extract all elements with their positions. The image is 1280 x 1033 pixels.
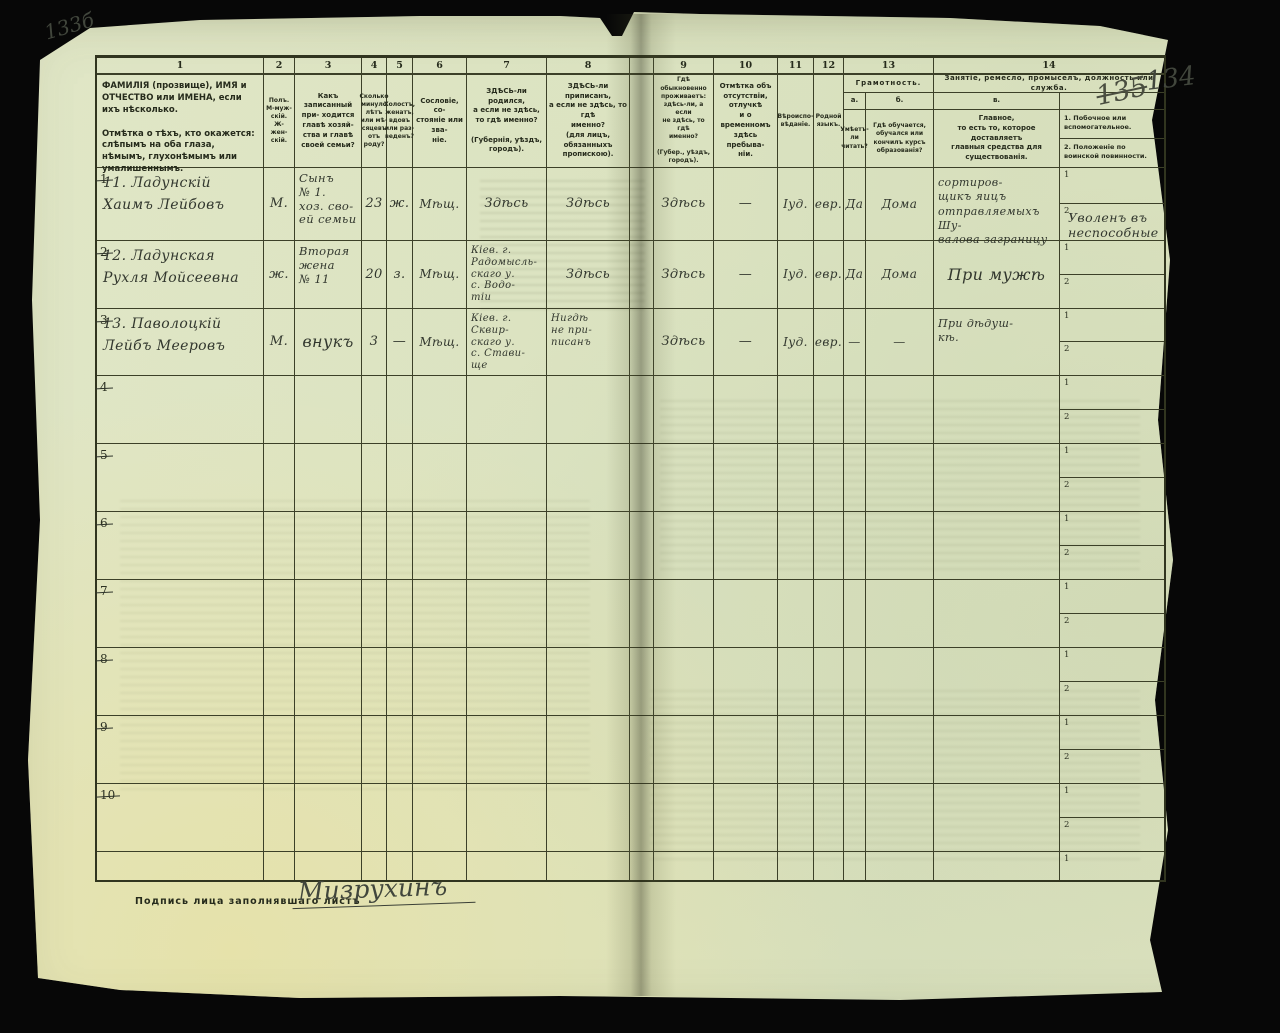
side-sub-label: 1 xyxy=(1064,854,1069,864)
name-cell: 313. Паволоцкій Лейбъ Мееровъ xyxy=(97,309,264,376)
resides-cell xyxy=(654,512,714,580)
marital-entry: з. xyxy=(387,241,412,308)
name-cell: 10 xyxy=(97,784,264,852)
column-number: 14 xyxy=(934,58,1164,75)
born-cell: Здѣсь xyxy=(467,168,547,241)
gutter-cell xyxy=(630,648,654,716)
gutter-cell xyxy=(630,444,654,512)
column-number: 8 xyxy=(547,58,630,75)
column-number: 13 xyxy=(844,58,934,75)
religion-cell xyxy=(778,512,814,580)
column-number: 7 xyxy=(467,58,547,75)
side-half: 2Уволенъ въ неспособные xyxy=(1060,204,1164,240)
studied-entry: Дома xyxy=(866,168,933,240)
age-cell xyxy=(362,648,387,716)
occupation-cell xyxy=(934,580,1060,648)
side-half: 1 xyxy=(1060,309,1164,342)
reads-cell xyxy=(844,376,866,444)
reads-entry: Да xyxy=(844,241,865,308)
religion-cell: Іуд. xyxy=(778,168,814,241)
absence-cell: — xyxy=(714,241,778,309)
printed-row-number: 3 xyxy=(100,313,108,327)
reads-cell: — xyxy=(844,309,866,376)
language-cell xyxy=(814,648,844,716)
age-cell xyxy=(362,580,387,648)
reads-cell xyxy=(844,580,866,648)
col2-header: Полъ. М-муж- скій. Ж-жен- скій. xyxy=(264,75,295,168)
gutter-header xyxy=(630,75,654,168)
side-half: 1 xyxy=(1060,716,1164,750)
reads-cell xyxy=(844,512,866,580)
language-entry: евр. xyxy=(814,168,843,240)
printed-row-number: 2 xyxy=(100,245,108,259)
printed-row-number: 8 xyxy=(100,652,108,666)
reads-entry: Да xyxy=(844,168,865,240)
occupation-cell: При дѣдуш- кѣ. xyxy=(934,309,1060,376)
religion-entry: Іуд. xyxy=(778,168,813,240)
side-half: 1 xyxy=(1060,376,1164,410)
relation-cell xyxy=(295,580,362,648)
occupation-cell xyxy=(934,852,1060,880)
printed-row-number: 6 xyxy=(100,516,108,530)
born-cell xyxy=(467,784,547,852)
absence-cell xyxy=(714,376,778,444)
marital-cell xyxy=(387,444,413,512)
registered-cell xyxy=(547,444,630,512)
col1-header: ФАМИЛІЯ (прозвище), ИМЯ и ОТЧЕСТВО или И… xyxy=(97,75,264,168)
column-number: 6 xyxy=(413,58,467,75)
reads-cell xyxy=(844,852,866,880)
sex-cell xyxy=(264,376,295,444)
col8-header: ЗДѢСЬ-ли приписанъ, а если не здѣсь, то … xyxy=(547,75,630,168)
estate-cell xyxy=(413,648,467,716)
scanned-census-sheet: ФАМИЛІЯ (прозвище), ИМЯ и ОТЧЕСТВО или И… xyxy=(0,0,1280,1033)
resides-cell xyxy=(654,648,714,716)
col11-header: Вѣроиспо- вѣданіе. xyxy=(778,75,814,168)
resides-cell xyxy=(654,376,714,444)
column-number: 1 xyxy=(97,58,264,75)
language-cell: евр. xyxy=(814,168,844,241)
relation-entry: внукъ xyxy=(295,309,361,375)
side-sub-label: 1 xyxy=(1064,311,1069,321)
occupation-entry: При дѣдуш- кѣ. xyxy=(938,317,1057,346)
occupation-side2-desc: 2. Положеніе по воинской повинности. xyxy=(1060,139,1164,168)
side-sub-label: 2 xyxy=(1064,480,1069,490)
absence-cell xyxy=(714,512,778,580)
relation-cell: Вторая жена № 11 xyxy=(295,241,362,309)
registered-entry: Здѣсь xyxy=(547,241,629,308)
gutter-cell xyxy=(630,580,654,648)
registered-cell xyxy=(547,784,630,852)
side-half: 2 xyxy=(1060,342,1164,375)
religion-cell xyxy=(778,580,814,648)
language-cell xyxy=(814,784,844,852)
side-half: 2 xyxy=(1060,275,1164,308)
occupation-cell xyxy=(934,376,1060,444)
studied-entry: — xyxy=(866,309,933,375)
occupation-cell xyxy=(934,512,1060,580)
born-entry: Здѣсь xyxy=(467,168,546,240)
born-cell xyxy=(467,444,547,512)
occupation-cell xyxy=(934,444,1060,512)
gutter-cell xyxy=(630,241,654,309)
gutter-number-cell xyxy=(630,58,654,75)
side-sub-label: 1 xyxy=(1064,170,1069,180)
marital-cell: з. xyxy=(387,241,413,309)
side-sub-label: 2 xyxy=(1064,616,1069,626)
column-number: 10 xyxy=(714,58,778,75)
printed-row-number: 5 xyxy=(100,448,108,462)
side-cell: 12Уволенъ въ неспособные xyxy=(1060,168,1164,241)
printed-row-number: 1 xyxy=(100,172,108,186)
sex-entry: М. xyxy=(264,168,294,240)
religion-cell xyxy=(778,716,814,784)
side-sub-label: 1 xyxy=(1064,446,1069,456)
literacy-b-desc: Гдѣ обучается, обучался или кончилъ курс… xyxy=(866,110,934,168)
age-entry: 23 xyxy=(362,168,386,240)
printed-row-number: 9 xyxy=(100,720,108,734)
side-sub-label: 2 xyxy=(1064,820,1069,830)
age-cell xyxy=(362,376,387,444)
relation-cell: внукъ xyxy=(295,309,362,376)
relation-cell xyxy=(295,512,362,580)
religion-cell: Іуд. xyxy=(778,241,814,309)
marital-cell xyxy=(387,512,413,580)
name-cell: 5 xyxy=(97,444,264,512)
name-entry: 11. Ладунскій Хаимъ Лейбовъ xyxy=(103,173,261,216)
born-cell: Кіев. г. Радомысль- скаго у. с. Водо- ті… xyxy=(467,241,547,309)
resides-cell xyxy=(654,580,714,648)
studied-cell xyxy=(866,444,934,512)
resides-cell xyxy=(654,852,714,880)
reads-cell xyxy=(844,784,866,852)
column-number: 9 xyxy=(654,58,714,75)
col12-header: Родной языкъ. xyxy=(814,75,844,168)
registered-cell: Здѣсь xyxy=(547,168,630,241)
absence-cell xyxy=(714,648,778,716)
column-number: 11 xyxy=(778,58,814,75)
age-cell xyxy=(362,784,387,852)
census-table: ФАМИЛІЯ (прозвище), ИМЯ и ОТЧЕСТВО или И… xyxy=(95,55,1166,882)
marital-entry: — xyxy=(387,309,412,375)
language-entry: евр. xyxy=(814,241,843,308)
born-cell xyxy=(467,716,547,784)
studied-cell xyxy=(866,852,934,880)
side-half: 1 xyxy=(1060,241,1164,275)
column-number: 12 xyxy=(814,58,844,75)
reads-cell: Да xyxy=(844,241,866,309)
side-half: 1 xyxy=(1060,444,1164,478)
side-sub-label: 1 xyxy=(1064,718,1069,728)
age-cell: 23 xyxy=(362,168,387,241)
side-cell: 12 xyxy=(1060,241,1164,309)
relation-cell xyxy=(295,716,362,784)
studied-cell xyxy=(866,376,934,444)
side-half: 1 xyxy=(1060,784,1164,818)
side-half: 1 xyxy=(1060,512,1164,546)
name-cell: 111. Ладунскій Хаимъ Лейбовъ xyxy=(97,168,264,241)
religion-entry: Іуд. xyxy=(778,241,813,308)
gutter-cell xyxy=(630,784,654,852)
estate-cell: Мѣщ. xyxy=(413,168,467,241)
col7-header: ЗДѢСЬ-ли родился, а если не здѣсь, то гд… xyxy=(467,75,547,168)
side-cell: 12 xyxy=(1060,648,1164,716)
side-half: 2 xyxy=(1060,478,1164,511)
occupation-cell xyxy=(934,716,1060,784)
relation-cell xyxy=(295,376,362,444)
printed-row-number: 10 xyxy=(100,788,115,802)
reads-cell xyxy=(844,716,866,784)
resides-cell: Здѣсь xyxy=(654,168,714,241)
column-number: 2 xyxy=(264,58,295,75)
occupation-v-letter: в. xyxy=(934,93,1060,110)
age-entry: 20 xyxy=(362,241,386,308)
col10-header: Отмѣтка объ отсутствіи, отлучкѣ и о врем… xyxy=(714,75,778,168)
age-cell xyxy=(362,716,387,784)
gutter-cell xyxy=(630,852,654,880)
column-number: 3 xyxy=(295,58,362,75)
absence-entry: — xyxy=(714,309,777,375)
relation-cell xyxy=(295,444,362,512)
estate-cell xyxy=(413,376,467,444)
absence-cell: — xyxy=(714,309,778,376)
language-cell: евр. xyxy=(814,309,844,376)
religion-cell xyxy=(778,648,814,716)
side-cell: 12 xyxy=(1060,376,1164,444)
age-cell xyxy=(362,512,387,580)
religion-cell: Іуд. xyxy=(778,309,814,376)
sex-cell xyxy=(264,648,295,716)
registered-cell: Нигдѣ не при- писанъ xyxy=(547,309,630,376)
reads-cell: Да xyxy=(844,168,866,241)
language-cell xyxy=(814,716,844,784)
side-half: 2 xyxy=(1060,818,1164,851)
registered-cell xyxy=(547,716,630,784)
literacy-a-desc: Умѣетъ- ли читать? xyxy=(844,110,866,168)
language-entry: евр. xyxy=(814,309,843,375)
side-sub-label: 1 xyxy=(1064,650,1069,660)
absence-entry: — xyxy=(714,241,777,308)
estate-entry: Мѣщ. xyxy=(413,241,466,308)
side-sub-label: 2 xyxy=(1064,412,1069,422)
relation-cell xyxy=(295,784,362,852)
born-cell xyxy=(467,852,547,880)
born-cell xyxy=(467,648,547,716)
marital-cell xyxy=(387,376,413,444)
side-half: 1 xyxy=(1060,168,1164,204)
relation-entry: Вторая жена № 11 xyxy=(299,245,359,286)
marital-entry: ж. xyxy=(387,168,412,240)
religion-cell xyxy=(778,376,814,444)
language-cell: евр. xyxy=(814,241,844,309)
registered-cell xyxy=(547,648,630,716)
language-cell xyxy=(814,376,844,444)
estate-cell xyxy=(413,716,467,784)
gutter-cell xyxy=(630,376,654,444)
religion-cell xyxy=(778,784,814,852)
reads-cell xyxy=(844,444,866,512)
studied-cell xyxy=(866,784,934,852)
estate-cell xyxy=(413,580,467,648)
estate-cell xyxy=(413,512,467,580)
religion-cell xyxy=(778,852,814,880)
occupation-cell xyxy=(934,784,1060,852)
side-half: 2 xyxy=(1060,546,1164,579)
absence-cell xyxy=(714,852,778,880)
side-sub-label: 1 xyxy=(1064,378,1069,388)
absence-cell xyxy=(714,580,778,648)
estate-entry: Мѣщ. xyxy=(413,309,466,375)
resides-cell: Здѣсь xyxy=(654,241,714,309)
age-cell: 3 xyxy=(362,309,387,376)
age-entry: 3 xyxy=(362,309,386,375)
sex-cell xyxy=(264,784,295,852)
relation-entry: Сынъ № 1. хоз. сво- ей семьи xyxy=(299,172,359,227)
resides-cell xyxy=(654,716,714,784)
name-cell: 8 xyxy=(97,648,264,716)
absence-cell: — xyxy=(714,168,778,241)
sex-cell xyxy=(264,444,295,512)
registered-entry: Здѣсь xyxy=(547,168,629,240)
column-number: 4 xyxy=(362,58,387,75)
side-sub-label: 2 xyxy=(1064,548,1069,558)
relation-cell: Сынъ № 1. хоз. сво- ей семьи xyxy=(295,168,362,241)
religion-entry: Іуд. xyxy=(778,309,813,375)
marital-cell: ж. xyxy=(387,168,413,241)
side-sub-label: 1 xyxy=(1064,243,1069,253)
printed-row-number: 4 xyxy=(100,380,108,394)
side-sub-label: 2 xyxy=(1064,277,1069,287)
registered-entry: Нигдѣ не при- писанъ xyxy=(551,313,627,348)
occupation-entry: При мужѣ xyxy=(934,241,1059,308)
age-cell: 20 xyxy=(362,241,387,309)
column-number: 5 xyxy=(387,58,413,75)
gutter-cell xyxy=(630,512,654,580)
registered-cell xyxy=(547,376,630,444)
registered-cell xyxy=(547,580,630,648)
side-cell: 12 xyxy=(1060,716,1164,784)
printed-row-number: 7 xyxy=(100,584,108,598)
name-cell: 7 xyxy=(97,580,264,648)
sex-cell: М. xyxy=(264,168,295,241)
gutter-cell xyxy=(630,168,654,241)
reads-cell xyxy=(844,648,866,716)
signature: Мизрухинъ xyxy=(291,871,475,909)
literacy-b-letter: б. xyxy=(866,93,934,110)
side-cell: 12 xyxy=(1060,580,1164,648)
studied-cell xyxy=(866,716,934,784)
absence-cell xyxy=(714,444,778,512)
side-sub-label: 2 xyxy=(1064,684,1069,694)
side-half: 1 xyxy=(1060,580,1164,614)
literacy-title: Грамотность. xyxy=(844,75,934,93)
registered-cell: Здѣсь xyxy=(547,241,630,309)
name-entry: 13. Паволоцкій Лейбъ Мееровъ xyxy=(103,314,261,357)
estate-cell: Мѣщ. xyxy=(413,241,467,309)
studied-cell xyxy=(866,648,934,716)
absence-cell xyxy=(714,716,778,784)
studied-cell: Дома xyxy=(866,168,934,241)
side-cell: 12 xyxy=(1060,444,1164,512)
absence-entry: — xyxy=(714,168,777,240)
relation-cell xyxy=(295,648,362,716)
resides-entry: Здѣсь xyxy=(654,168,713,240)
marital-cell xyxy=(387,784,413,852)
col3-header: Какъ записанный при- ходится главѣ хозяй… xyxy=(295,75,362,168)
side-half: 2 xyxy=(1060,682,1164,715)
marital-cell: — xyxy=(387,309,413,376)
estate-cell: Мѣщ. xyxy=(413,309,467,376)
sex-cell xyxy=(264,852,295,880)
name-entry: 12. Ладунская Рухля Мойсеевна xyxy=(103,246,261,289)
side-cell: 12 xyxy=(1060,784,1164,852)
side-cell: 12 xyxy=(1060,309,1164,376)
name-cell xyxy=(97,852,264,880)
sex-cell xyxy=(264,716,295,784)
gutter-cell xyxy=(630,716,654,784)
reads-entry: — xyxy=(844,309,865,375)
side-half: 2 xyxy=(1060,410,1164,443)
side-half: 2 xyxy=(1060,614,1164,647)
resides-cell xyxy=(654,784,714,852)
col9-header: Гдѣ обыкновенно проживаетъ: здѣсь-ли, а … xyxy=(654,75,714,168)
col5-header: Холостъ, женатъ, вдовъ или раз- веденъ? xyxy=(387,75,413,168)
estate-cell xyxy=(413,784,467,852)
born-cell: Кіев. г. Сквир- скаго у. с. Стави- ще xyxy=(467,309,547,376)
name-cell: 212. Ладунская Рухля Мойсеевна xyxy=(97,241,264,309)
name-cell: 9 xyxy=(97,716,264,784)
registered-cell xyxy=(547,852,630,880)
occupation-cell xyxy=(934,648,1060,716)
sex-cell xyxy=(264,512,295,580)
col6-header: Сословіе, со- стояніе или зва- ніе. xyxy=(413,75,467,168)
marital-cell xyxy=(387,580,413,648)
literacy-a-letter: а. xyxy=(844,93,866,110)
resides-entry: Здѣсь xyxy=(654,241,713,308)
language-cell xyxy=(814,580,844,648)
side-half: 1 xyxy=(1060,648,1164,682)
studied-cell: Дома xyxy=(866,241,934,309)
born-cell xyxy=(467,512,547,580)
side-sub-label: 1 xyxy=(1064,582,1069,592)
age-cell xyxy=(362,444,387,512)
studied-cell xyxy=(866,512,934,580)
sex-cell: ж. xyxy=(264,241,295,309)
resides-entry: Здѣсь xyxy=(654,309,713,375)
resides-cell: Здѣсь xyxy=(654,309,714,376)
born-entry: Кіев. г. Сквир- скаго у. с. Стави- ще xyxy=(471,313,544,372)
marital-cell xyxy=(387,716,413,784)
estate-cell xyxy=(413,444,467,512)
occupation-cell: При мужѣ xyxy=(934,241,1060,309)
name-cell: 6 xyxy=(97,512,264,580)
sex-entry: М. xyxy=(264,309,294,375)
marital-cell xyxy=(387,648,413,716)
occupation-cell: сортиров- щикъ яицъ отправляемыхъ Шу- ва… xyxy=(934,168,1060,241)
born-cell xyxy=(467,376,547,444)
side-sub-label: 1 xyxy=(1064,514,1069,524)
side-sub-label: 2 xyxy=(1064,752,1069,762)
estate-entry: Мѣщ. xyxy=(413,168,466,240)
sex-entry: ж. xyxy=(264,241,294,308)
side-cell: 12 xyxy=(1060,512,1164,580)
absence-cell xyxy=(714,784,778,852)
side-cell: 1 xyxy=(1060,852,1164,880)
occupation-main-desc: Главное, то есть то, которое доставляетъ… xyxy=(934,110,1060,168)
registered-cell xyxy=(547,512,630,580)
language-cell xyxy=(814,512,844,580)
side-entry: Уволенъ въ неспособные xyxy=(1068,210,1159,240)
